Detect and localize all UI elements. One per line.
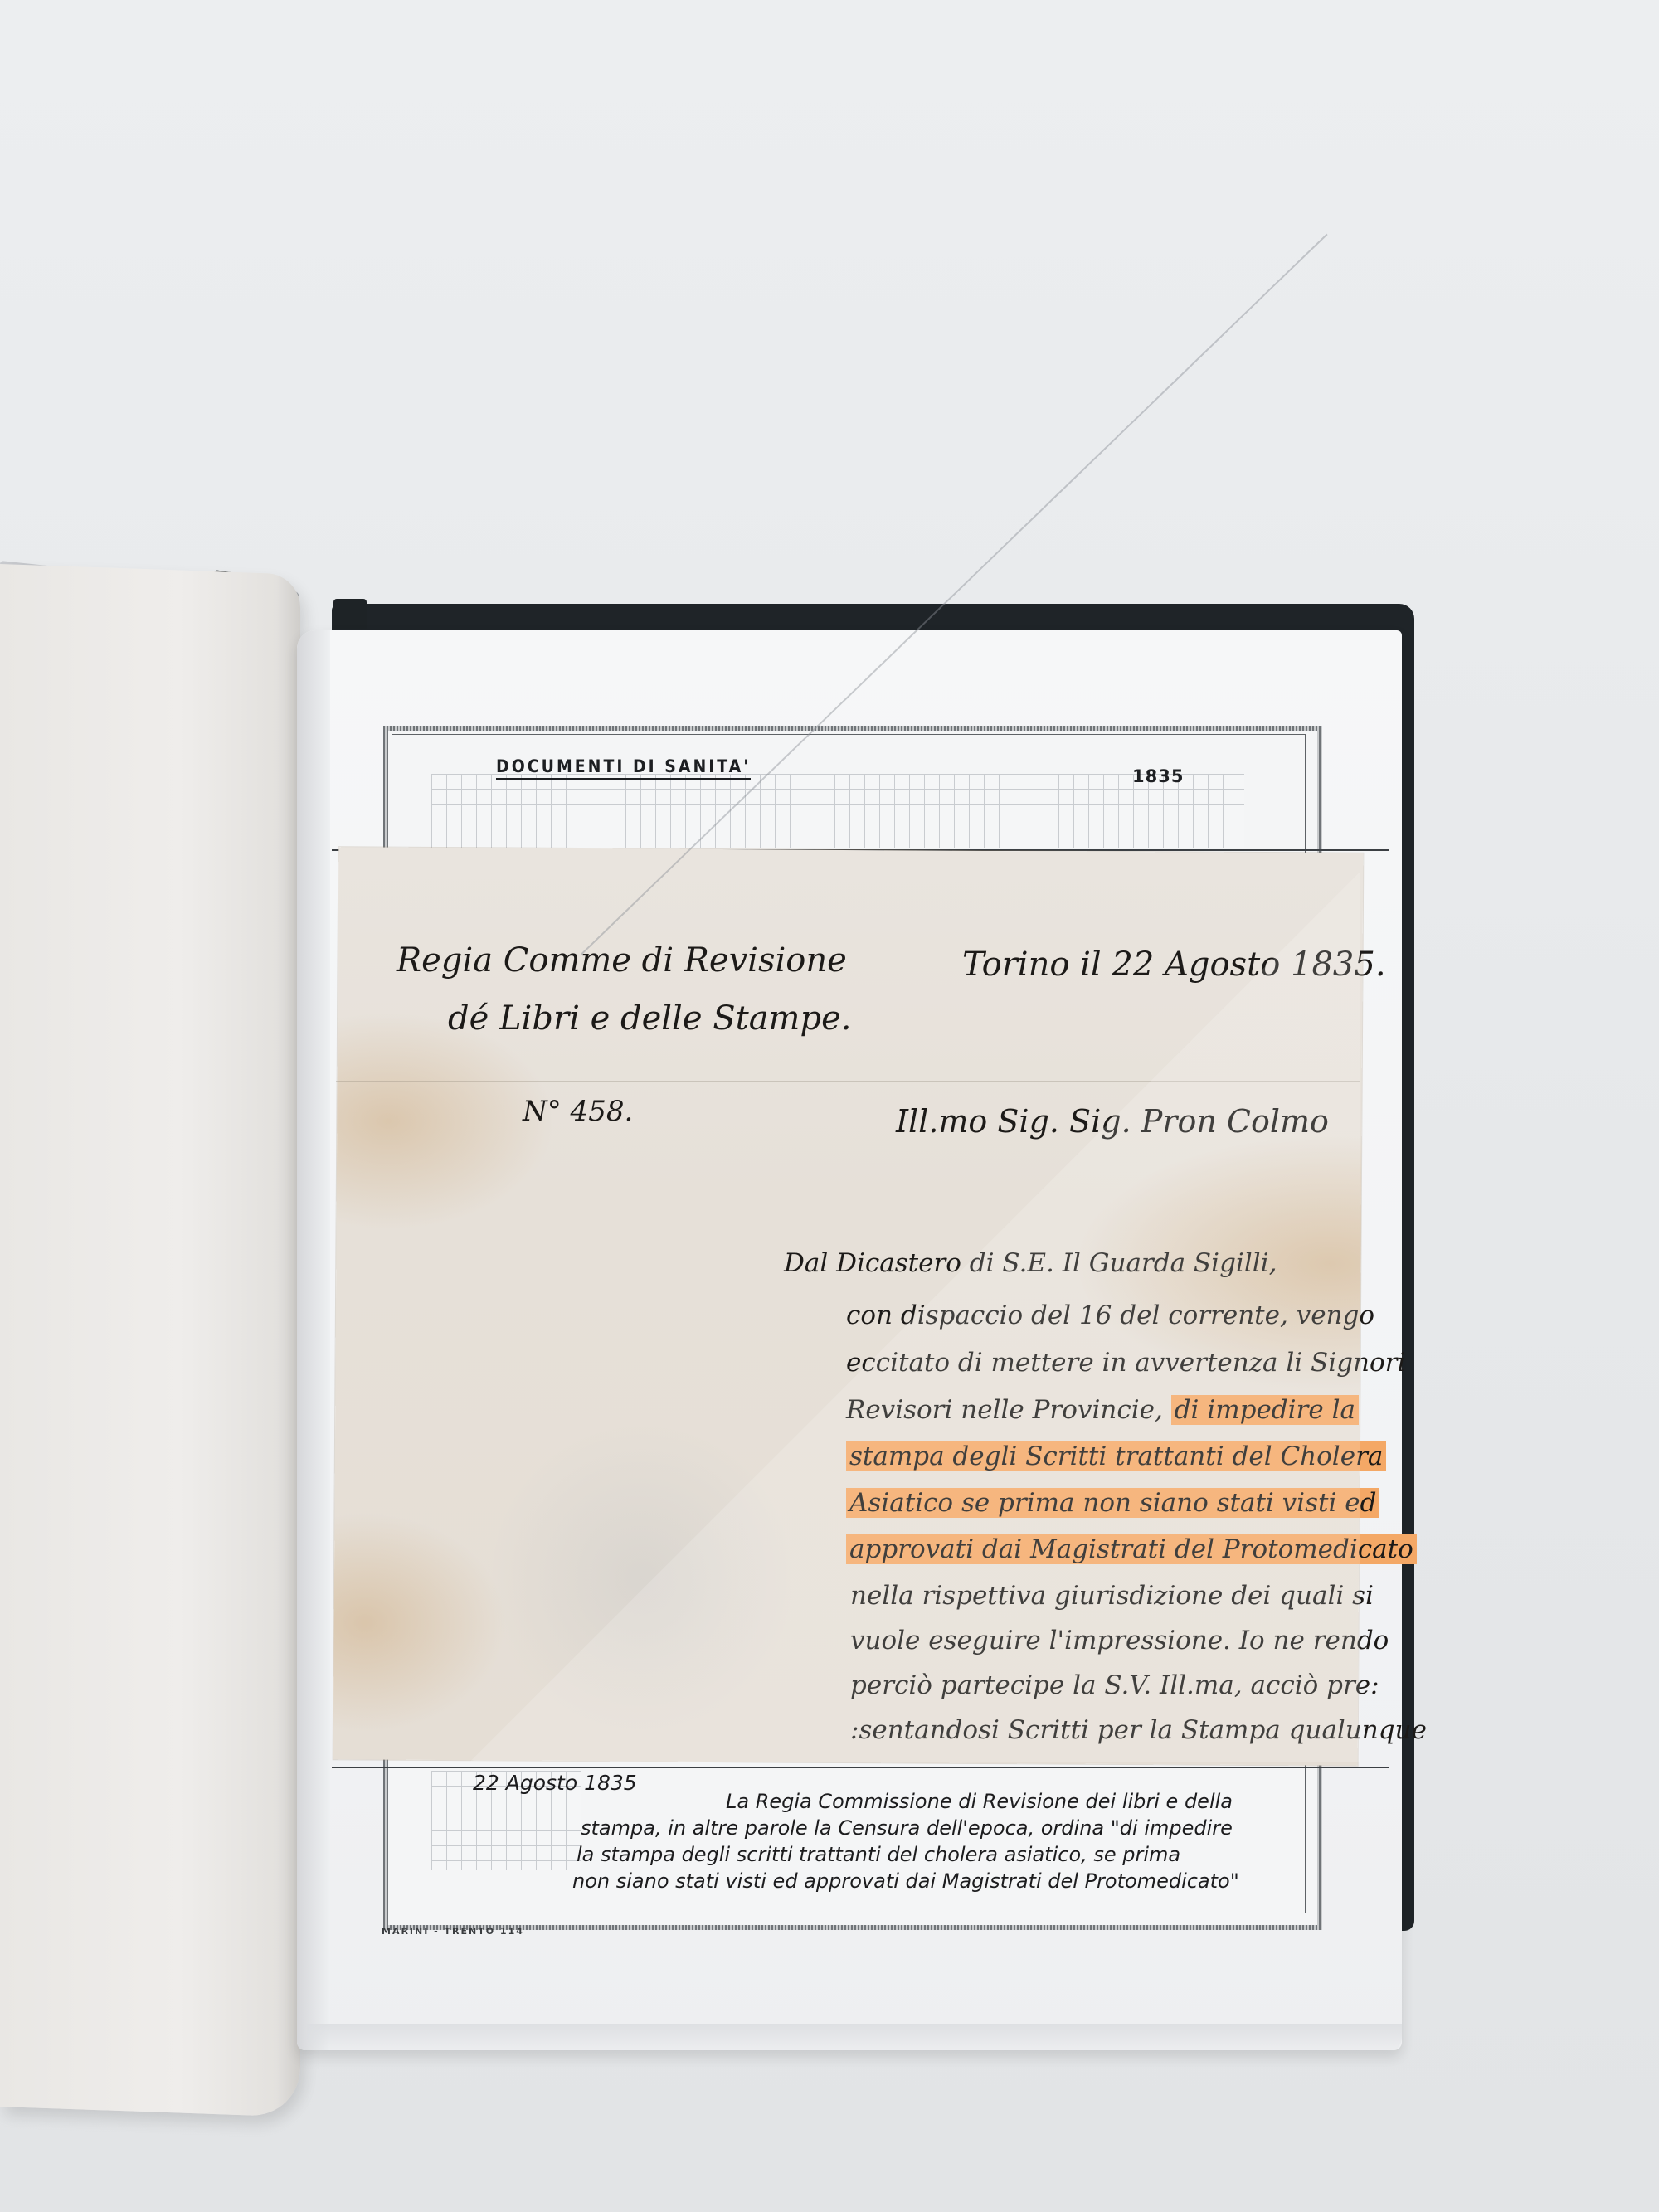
- letter-body-line: :sentandosi Scritti per la Stampa qualun…: [850, 1715, 1427, 1745]
- publisher-mark: MARINI - TRENTO 114: [382, 1926, 524, 1937]
- left-binder-page[interactable]: [0, 564, 300, 2117]
- caption-line: stampa, in altre parole la Censura dell'…: [581, 1816, 1233, 1840]
- letter-body-line: Dal Dicastero di S.E. Il Guarda Sigilli,: [784, 1248, 1277, 1278]
- letter-body-line: eccitato di mettere in avvertenza li Sig…: [846, 1348, 1405, 1378]
- letter-addressee: Ill.mo Sig. Sig. Pron Colmo: [896, 1103, 1329, 1140]
- letter-body-line: perciò partecipe la S.V. Ill.ma, acciò p…: [850, 1670, 1379, 1700]
- mount-line-bottom: [332, 1767, 1389, 1768]
- letter-sender-line1: Regia Comme di Revisione: [397, 941, 847, 980]
- page-gutter: [297, 630, 330, 2050]
- caption-line: non siano stati visti ed approvati dai M…: [572, 1869, 1239, 1893]
- album-header-title: DOCUMENTI DI SANITA': [496, 756, 751, 780]
- caption-date: 22 Agosto 1835: [473, 1771, 637, 1795]
- letter-body-line: Asiatico se prima non siano stati visti …: [846, 1488, 1379, 1518]
- caption-line: la stampa degli scritti trattanti del ch…: [577, 1843, 1180, 1866]
- letter-sender-line2: dé Libri e delle Stampe.: [448, 999, 851, 1038]
- letter-body-line: vuole eseguire l'impressione. Io ne rend…: [850, 1626, 1389, 1655]
- album-header-year: 1835: [1132, 766, 1184, 786]
- binder-spine-tab: [333, 599, 367, 629]
- highlighted-text: approvati dai Magistrati del Protomedica…: [846, 1534, 1417, 1564]
- caption-line: La Regia Commissione di Revisione dei li…: [726, 1790, 1233, 1813]
- letter-place-date: Torino il 22 Agosto 1835.: [962, 946, 1386, 984]
- letter-body-line: nella rispettiva giurisdizione dei quali…: [850, 1581, 1374, 1611]
- highlighted-text: stampa degli Scritti trattanti del Chole…: [846, 1441, 1386, 1471]
- letter-protocol-number: N° 458.: [523, 1095, 633, 1128]
- letter-fold-crease: [336, 1081, 1360, 1082]
- letter-body-line: con dispaccio del 16 del corrente, vengo: [846, 1300, 1374, 1330]
- sleeve-bottom-edge: [307, 2024, 1402, 2054]
- letter-body-line: stampa degli Scritti trattanti del Chole…: [846, 1441, 1386, 1471]
- letter-body-line: Revisori nelle Provincie, di impedire la: [846, 1395, 1359, 1425]
- highlighted-text: di impedire la: [1171, 1395, 1359, 1425]
- highlighted-text: Asiatico se prima non siano stati visti …: [846, 1488, 1379, 1518]
- grid-paper-top: [431, 774, 1244, 848]
- letter-body-line: approvati dai Magistrati del Protomedica…: [846, 1534, 1417, 1564]
